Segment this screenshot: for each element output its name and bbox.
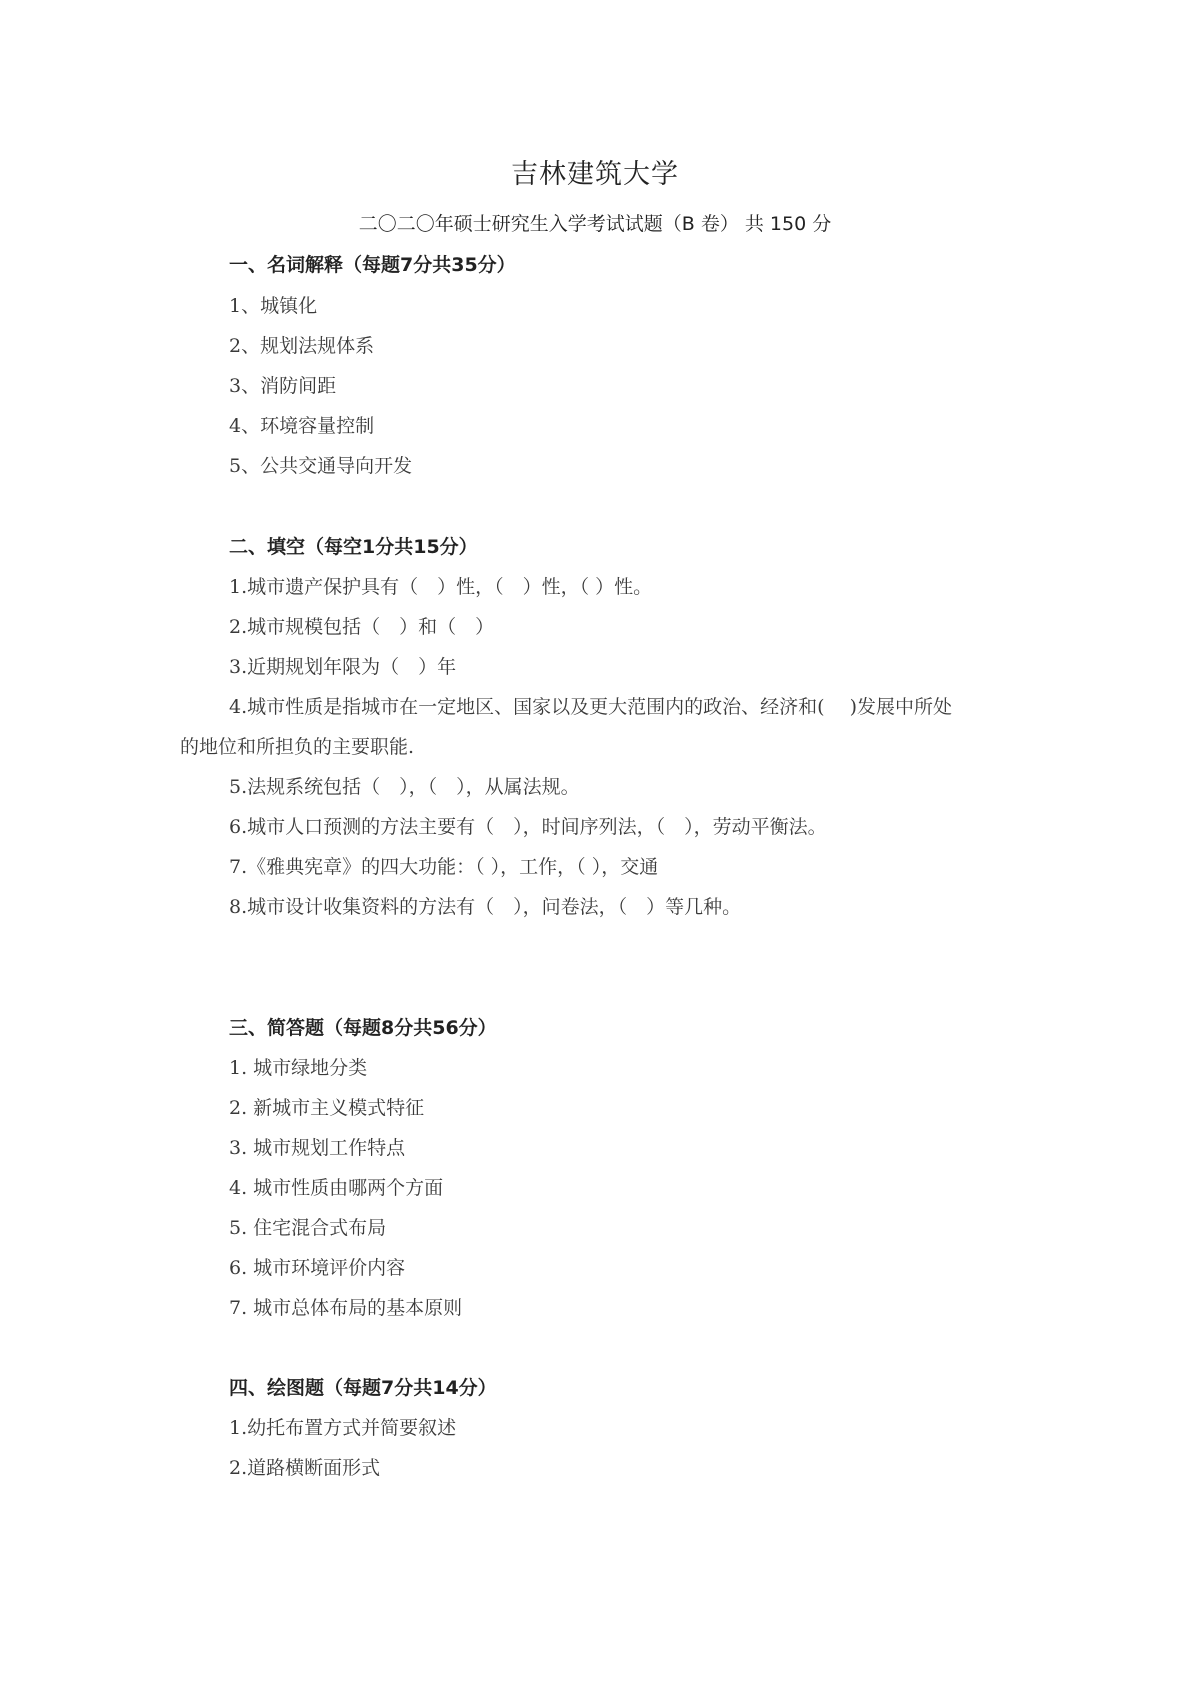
list-item: 4、环境容量控制 <box>229 411 374 438</box>
list-item: 2、规划法规体系 <box>229 331 374 358</box>
list-item: 5.法规系统包括（ ），（ ），从属法规。 <box>229 772 580 799</box>
list-item: 5. 住宅混合式布局 <box>229 1213 386 1240</box>
section-heading-4: 四、绘图题（每题7分共14分） <box>229 1373 497 1400</box>
list-item: 7.《雅典宪章》的四大功能：（ ），工作，（ ），交通 <box>229 852 658 879</box>
university-title: 吉林建筑大学 <box>0 152 1190 191</box>
list-item: 6.城市人口预测的方法主要有（ ），时间序列法，（ ），劳动平衡法。 <box>229 812 827 839</box>
list-item: 4.城市性质是指城市在一定地区、国家以及更大范围内的政治、经济和( )发展中所处 <box>229 692 952 719</box>
list-item: 7. 城市总体布局的基本原则 <box>229 1293 462 1320</box>
list-item: 2.城市规模包括（ ）和（ ） <box>229 612 494 639</box>
list-item: 2.道路横断面形式 <box>229 1453 380 1480</box>
list-item: 3.近期规划年限为（ ）年 <box>229 652 456 679</box>
list-item: 2. 新城市主义模式特征 <box>229 1093 424 1120</box>
list-item: 1.幼托布置方式并简要叙述 <box>229 1413 456 1440</box>
section-heading-3: 三、简答题（每题8分共56分） <box>229 1013 497 1040</box>
list-item: 1.城市遗产保护具有（ ）性，（ ）性，（ ）性。 <box>229 572 652 599</box>
list-item-continuation: 的地位和所担负的主要职能. <box>180 732 414 759</box>
list-item: 8.城市设计收集资料的方法有（ ），问卷法，（ ）等几种。 <box>229 892 741 919</box>
exam-subtitle: 二〇二〇年硕士研究生入学考试试题（B 卷） 共 150 分 <box>0 209 1190 236</box>
list-item: 3. 城市规划工作特点 <box>229 1133 405 1160</box>
list-item: 6. 城市环境评价内容 <box>229 1253 405 1280</box>
list-item: 4. 城市性质由哪两个方面 <box>229 1173 443 1200</box>
list-item: 3、消防间距 <box>229 371 336 398</box>
section-heading-2: 二、填空（每空1分共15分） <box>229 532 478 559</box>
list-item: 1、城镇化 <box>229 291 317 318</box>
list-item: 1. 城市绿地分类 <box>229 1053 367 1080</box>
section-heading-1: 一、名词解释（每题7分共35分） <box>229 250 516 277</box>
list-item: 5、公共交通导向开发 <box>229 451 412 478</box>
